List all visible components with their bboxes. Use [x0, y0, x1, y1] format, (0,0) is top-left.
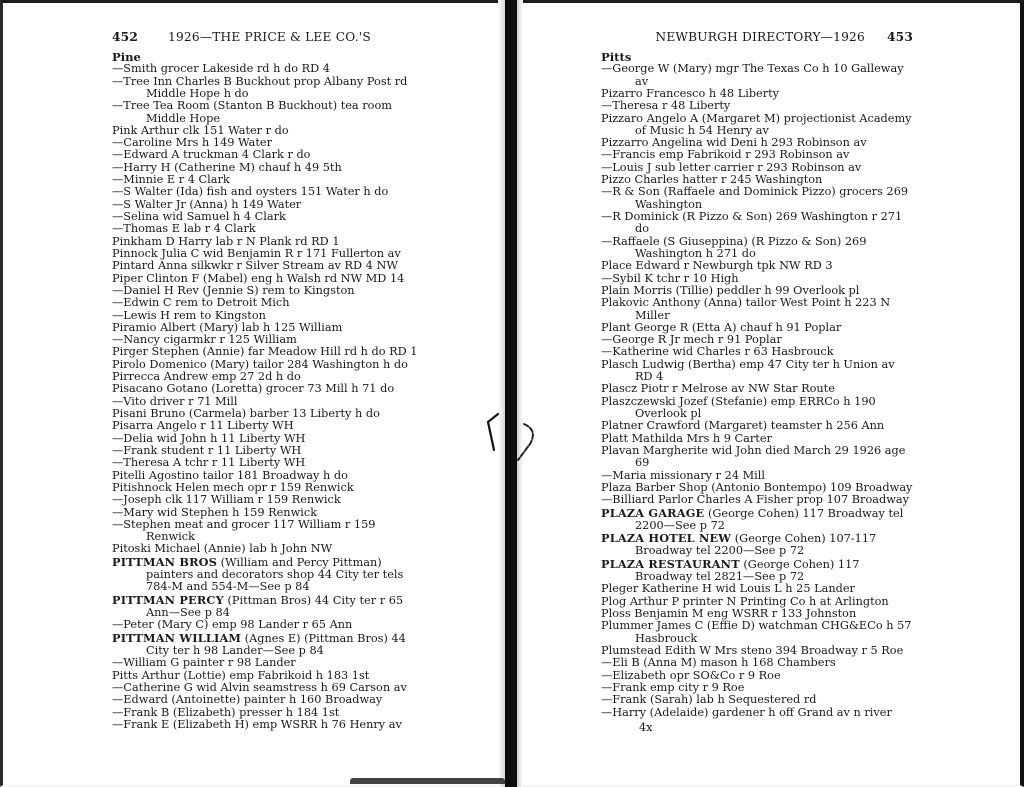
entry-text: —Daniel H Rev (Jennie S) rem to Kingston	[112, 284, 355, 297]
entry-text: Pizzo Charles hatter r 245 Washington	[601, 173, 822, 186]
entry-text: —Tree Tea Room (Stanton B Buckhout) tea …	[112, 99, 392, 124]
directory-entry: —R & Son (Raffaele and Dominick Pizzo) g…	[601, 186, 913, 211]
entry-text: —Edward A truckman 4 Clark r do	[112, 148, 310, 161]
entry-text: —George W (Mary) mgr The Texas Co h 10 G…	[601, 62, 904, 87]
running-head-title: 1926—THE PRICE & LEE CO.'S	[168, 30, 371, 44]
entry-text: Pintard Anna silkwkr r Silver Stream av …	[112, 259, 398, 272]
entry-text: Pitishnock Helen mech opr r 159 Renwick	[112, 481, 354, 494]
entry-text: —William G painter r 98 Lander	[112, 656, 296, 669]
directory-entry: —Harry (Adelaide) gardener h off Grand a…	[601, 707, 913, 719]
entry-text: —Frank (Sarah) lab h Sequestered rd	[601, 693, 817, 706]
directory-entries-left: —Smith grocer Lakeside rd h do RD 4—Tree…	[112, 63, 422, 731]
entry-text: Plaza Barber Shop (Antonio Bontempo) 109…	[601, 481, 912, 494]
entry-text: —Harry (Adelaide) gardener h off Grand a…	[601, 706, 892, 719]
running-head-right: NEWBURGH DIRECTORY—1926 453	[601, 30, 913, 50]
entry-text: —Katherine wid Charles r 63 Hasbrouck	[601, 345, 834, 358]
entry-text: —Nancy cigarmkr r 125 William	[112, 333, 297, 346]
entry-text: Pizarro Francesco h 48 Liberty	[601, 87, 779, 100]
signature-mark: 4x	[601, 721, 913, 735]
directory-entry: —Raffaele (S Giuseppina) (R Pizzo & Son)…	[601, 236, 913, 261]
entry-text: Platner Crawford (Margaret) teamster h 2…	[601, 419, 884, 432]
entry-text: —Louis J sub letter carrier r 293 Robins…	[601, 161, 861, 174]
entry-text: Pitelli Agostino tailor 181 Broadway h d…	[112, 469, 348, 482]
entry-text: —Peter (Mary C) emp 98 Lander r 65 Ann	[112, 618, 352, 631]
directory-entry: —R Dominick (R Pizzo & Son) 269 Washingt…	[601, 211, 913, 236]
entry-text: Pizzarro Angelina wid Deni h 293 Robinso…	[601, 136, 867, 149]
directory-entry: —Stephen meat and grocer 117 William r 1…	[112, 519, 422, 544]
business-name: PITTMAN PERCY	[112, 593, 224, 607]
entry-text: Pinnock Julia C wid Benjamin R r 171 Ful…	[112, 247, 401, 260]
entry-text: —Edward (Antoinette) painter h 160 Broad…	[112, 693, 382, 706]
entry-text: —Smith grocer Lakeside rd h do RD 4	[112, 62, 330, 75]
running-head-title: NEWBURGH DIRECTORY—1926	[655, 30, 864, 44]
directory-entry: —Tree Tea Room (Stanton B Buckhout) tea …	[112, 100, 422, 125]
entry-text: —S Walter (Ida) fish and oysters 151 Wat…	[112, 185, 388, 198]
entry-text: Pitts Arthur (Lottie) emp Fabrikoid h 18…	[112, 669, 369, 682]
directory-entry: —Tree Inn Charles B Buckhout prop Albany…	[112, 76, 422, 101]
entry-text: —George R Jr mech r 91 Poplar	[601, 333, 782, 346]
entry-text: Pisarra Angelo r 11 Liberty WH	[112, 419, 294, 432]
entry-text: Plog Arthur P printer N Printing Co h at…	[601, 595, 889, 608]
entry-text: —R & Son (Raffaele and Dominick Pizzo) g…	[601, 185, 908, 210]
entry-text: Piper Clinton F (Mabel) eng h Walsh rd N…	[112, 272, 404, 285]
entry-text: —Frank student r 11 Liberty WH	[112, 444, 301, 457]
entry-text: Plumstead Edith W Mrs steno 394 Broadway…	[601, 644, 903, 657]
directory-entry: PLAZA HOTEL NEW (George Cohen) 107-117 B…	[601, 532, 913, 558]
directory-entry: Plakovic Anthony (Anna) tailor West Poin…	[601, 297, 913, 322]
entry-text: —Catherine G wid Alvin seamstress h 69 C…	[112, 681, 407, 694]
business-name: PITTMAN WILLIAM	[112, 631, 241, 645]
page-bottom-shadow	[350, 778, 505, 784]
entry-text: —Theresa A tchr r 11 Liberty WH	[112, 456, 305, 469]
entry-text: Plavan Margherite wid John died March 29…	[601, 444, 905, 469]
entry-text: —Harry H (Catherine M) chauf h 49 5th	[112, 161, 342, 174]
left-page: 452 1926—THE PRICE & LEE CO.'S Pine —Smi…	[112, 30, 422, 731]
directory-entry: Pizzaro Angelo A (Margaret M) projection…	[601, 113, 913, 138]
entry-text: Pizzaro Angelo A (Margaret M) projection…	[601, 112, 912, 137]
entry-text: —Frank E (Elizabeth H) emp WSRR h 76 Hen…	[112, 718, 402, 731]
book-spine	[505, 0, 517, 787]
entry-text: Plaszczewski Jozef (Stefanie) emp ERRCo …	[601, 395, 876, 420]
entry-text: —Elizabeth opr SO&Co r 9 Roe	[601, 669, 781, 682]
entry-text: Pirolo Domenico (Mary) tailor 284 Washin…	[112, 358, 408, 371]
business-name: PITTMAN BROS	[112, 555, 217, 569]
directory-entry: PLAZA GARAGE (George Cohen) 117 Broadway…	[601, 507, 913, 533]
entry-text: Pinkham D Harry lab r N Plank rd RD 1	[112, 235, 340, 248]
entry-text: —Thomas E lab r 4 Clark	[112, 222, 256, 235]
entry-text: Plant George R (Etta A) chauf h 91 Popla…	[601, 321, 841, 334]
entry-text: Plakovic Anthony (Anna) tailor West Poin…	[601, 296, 890, 321]
entry-text: —Minnie E r 4 Clark	[112, 173, 230, 186]
entry-text: Pisani Bruno (Carmela) barber 13 Liberty…	[112, 407, 380, 420]
entry-text: —Maria missionary r 24 Mill	[601, 469, 765, 482]
business-name: PLAZA HOTEL NEW	[601, 531, 731, 545]
business-name: PLAZA RESTAURANT	[601, 557, 740, 571]
directory-entry: Plummer James C (Effie D) watchman CHG&E…	[601, 620, 913, 645]
entry-text: —Lewis H rem to Kingston	[112, 309, 266, 322]
entry-text: —Selina wid Samuel h 4 Clark	[112, 210, 286, 223]
entry-text: —Francis emp Fabrikoid r 293 Robinson av	[601, 148, 849, 161]
page-number: 453	[887, 30, 913, 44]
entry-text: —Raffaele (S Giuseppina) (R Pizzo & Son)…	[601, 235, 866, 260]
entry-text: —Caroline Mrs h 149 Water	[112, 136, 272, 149]
entry-text: Piramio Albert (Mary) lab h 125 William	[112, 321, 342, 334]
entry-text: —S Walter Jr (Anna) h 149 Water	[112, 198, 301, 211]
entry-text: —Billiard Parlor Charles A Fisher prop 1…	[601, 493, 909, 506]
directory-entry: PITTMAN BROS (William and Percy Pittman)…	[112, 556, 422, 594]
entry-text: Plascz Piotr r Melrose av NW Star Route	[601, 382, 835, 395]
entry-text: Ploss Benjamin M eng WSRR r 133 Johnston	[601, 607, 856, 620]
entry-text: Plummer James C (Effie D) watchman CHG&E…	[601, 619, 911, 644]
directory-entry: —Frank E (Elizabeth H) emp WSRR h 76 Hen…	[112, 719, 422, 731]
entry-text: —Sybil K tchr r 10 High	[601, 272, 739, 285]
entry-text: —Joseph clk 117 William r 159 Renwick	[112, 493, 341, 506]
entry-text: Pisacano Gotano (Loretta) grocer 73 Mill…	[112, 382, 394, 395]
entry-text: —Delia wid John h 11 Liberty WH	[112, 432, 305, 445]
directory-entry: PITTMAN PERCY (Pittman Bros) 44 City ter…	[112, 594, 422, 620]
entry-text: Pleger Katherine H wid Louis L h 25 Land…	[601, 582, 855, 595]
entry-text: Place Edward r Newburgh tpk NW RD 3	[601, 259, 833, 272]
directory-entry: Plavan Margherite wid John died March 29…	[601, 445, 913, 470]
entry-text: —Frank emp city r 9 Roe	[601, 681, 744, 694]
entry-text: Pink Arthur clk 151 Water r do	[112, 124, 289, 137]
business-name: PLAZA GARAGE	[601, 506, 704, 520]
entry-text: Plasch Ludwig (Bertha) emp 47 City ter h…	[601, 358, 895, 383]
entry-text: Pitoski Michael (Annie) lab h John NW	[112, 542, 332, 555]
entry-text: —Vito driver r 71 Mill	[112, 395, 237, 408]
page-number: 452	[112, 30, 168, 44]
directory-entry: Plaszczewski Jozef (Stefanie) emp ERRCo …	[601, 396, 913, 421]
directory-entries-right: —George W (Mary) mgr The Texas Co h 10 G…	[601, 63, 913, 719]
running-head-left: 452 1926—THE PRICE & LEE CO.'S	[112, 30, 422, 50]
directory-entry: —George W (Mary) mgr The Texas Co h 10 G…	[601, 63, 913, 88]
entry-text: —Frank B (Elizabeth) presser h 184 1st	[112, 706, 339, 719]
directory-entry: PITTMAN WILLIAM (Agnes E) (Pittman Bros)…	[112, 632, 422, 658]
hand-drawn-bracket-mark	[480, 410, 550, 480]
entry-text: Pirger Stephen (Annie) far Meadow Hill r…	[112, 345, 418, 358]
entry-text: Platt Mathilda Mrs h 9 Carter	[601, 432, 772, 445]
directory-entry: Plasch Ludwig (Bertha) emp 47 City ter h…	[601, 359, 913, 384]
spine-shadow-left	[498, 0, 505, 787]
right-page: NEWBURGH DIRECTORY—1926 453 Pitts —Georg…	[601, 30, 913, 735]
entry-text: Plain Morris (Tillie) peddler h 99 Overl…	[601, 284, 859, 297]
entry-text: —Edwin C rem to Detroit Mich	[112, 296, 290, 309]
entry-text: —Theresa r 48 Liberty	[601, 99, 730, 112]
entry-text: —R Dominick (R Pizzo & Son) 269 Washingt…	[601, 210, 902, 235]
entry-text: —Tree Inn Charles B Buckhout prop Albany…	[112, 75, 407, 100]
entry-text: Pirrecca Andrew emp 27 2d h do	[112, 370, 301, 383]
entry-text: —Eli B (Anna M) mason h 168 Chambers	[601, 656, 836, 669]
spine-shadow-right	[517, 0, 523, 787]
entry-text: —Mary wid Stephen h 159 Renwick	[112, 506, 317, 519]
entry-text: —Stephen meat and grocer 117 William r 1…	[112, 518, 375, 543]
directory-entry: PLAZA RESTAURANT (George Cohen) 117 Broa…	[601, 558, 913, 584]
